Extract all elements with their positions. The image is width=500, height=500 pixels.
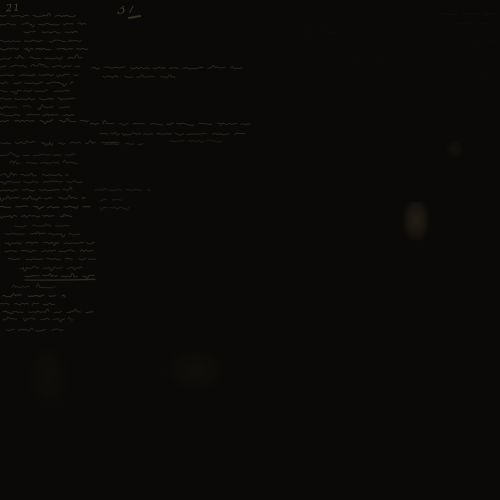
handwriting-line [0,98,75,100]
handwriting-line [3,309,93,314]
handwriting-line [0,48,88,51]
handwriting-line [0,152,75,157]
handwriting-line [0,214,72,218]
handwriting-line [20,266,82,271]
handwriting-line [0,55,82,60]
folio-number-top-center: 37 [116,1,137,17]
handwriting-line [0,303,55,305]
handwriting-line [0,74,78,76]
handwriting-line [10,160,78,164]
handwriting-line [92,66,242,69]
handwriting-ink-layer [0,0,500,500]
manuscript-page: 21 37 [0,0,500,500]
handwriting-line [0,181,82,184]
handwriting-line [0,40,81,42]
handwriting-line [100,132,245,135]
manuscript-scan: 21 37 [0,0,500,500]
handwriting-line [100,207,129,210]
handwriting-line [0,82,73,86]
handwriting-line [478,71,494,73]
handwriting-line [0,114,74,116]
handwriting-line [12,284,56,288]
handwriting-line [95,188,150,191]
handwriting-line [0,173,68,177]
handwriting-line [0,119,88,124]
handwriting-line [25,273,94,278]
handwriting-line [0,64,80,68]
handwriting-line [0,90,69,94]
handwriting-line [90,121,250,126]
handwriting-line [0,23,86,27]
handwriting-line [0,195,85,201]
handwriting-line [5,232,80,237]
handwriting-line [468,41,497,42]
handwriting-line [105,143,143,145]
handwriting-line [8,258,96,260]
folio-number-top-left: 21 [6,3,21,14]
handwriting-line [0,206,90,209]
ink-stain [446,142,464,158]
handwriting-line [100,199,122,201]
handwriting-line [25,279,95,280]
handwriting-line [15,224,70,227]
handwriting-line [0,105,70,110]
ink-stain [28,350,68,410]
handwriting-line [350,56,384,59]
ink-stain [165,352,225,392]
handwriting-line [0,141,118,146]
handwriting-line [103,75,175,78]
handwriting-line [3,294,65,297]
handwriting-line [170,140,222,142]
handwriting-line [6,328,63,331]
ink-stain [402,202,430,242]
handwriting-line [5,242,95,246]
handwriting-line [440,13,495,15]
handwriting-line [0,187,72,191]
handwriting-line [24,31,77,33]
handwriting-line [3,317,73,322]
handwriting-line [300,31,336,34]
handwriting-line [5,250,93,252]
handwriting-line [455,23,497,25]
